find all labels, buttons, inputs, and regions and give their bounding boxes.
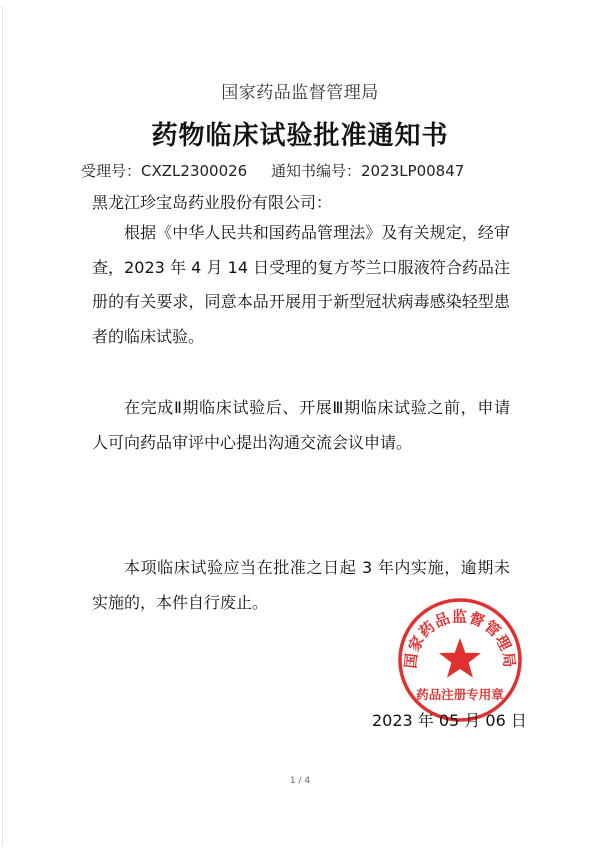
- notice-number: 2023LP00847: [361, 162, 464, 180]
- acceptance-label: 受理号：: [81, 162, 141, 180]
- issue-date: 2023 年 05 月 06 日: [372, 708, 527, 731]
- official-seal: 国家药品监督管理局 药品注册专用章: [395, 595, 525, 725]
- notice-number-group: 通知书编号：2023LP00847: [271, 160, 464, 181]
- page-indicator: 1 / 4: [0, 776, 600, 786]
- document-title: 药物临床试验批准通知书: [0, 115, 600, 152]
- reference-line: 受理号：CXZL2300026 通知书编号：2023LP00847: [81, 160, 541, 181]
- star-icon: [439, 638, 481, 678]
- acceptance-number: CXZL2300026: [141, 162, 247, 180]
- paragraph-communication: 在完成Ⅱ期临床试验后、开展Ⅲ期临床试验之前，申请人可向药品审评中心提出沟通交流会…: [92, 391, 510, 460]
- seal-inner-text: 药品注册专用章: [416, 687, 504, 702]
- paragraph-approval: 根据《中华人民共和国药品管理法》及有关规定，经审查，2023 年 4 月 14 …: [92, 216, 510, 354]
- addressee: 黑龙江珍宝岛药业股份有限公司：: [92, 190, 332, 213]
- issuing-agency: 国家药品监督管理局: [0, 78, 600, 103]
- notice-label: 通知书编号：: [271, 162, 361, 180]
